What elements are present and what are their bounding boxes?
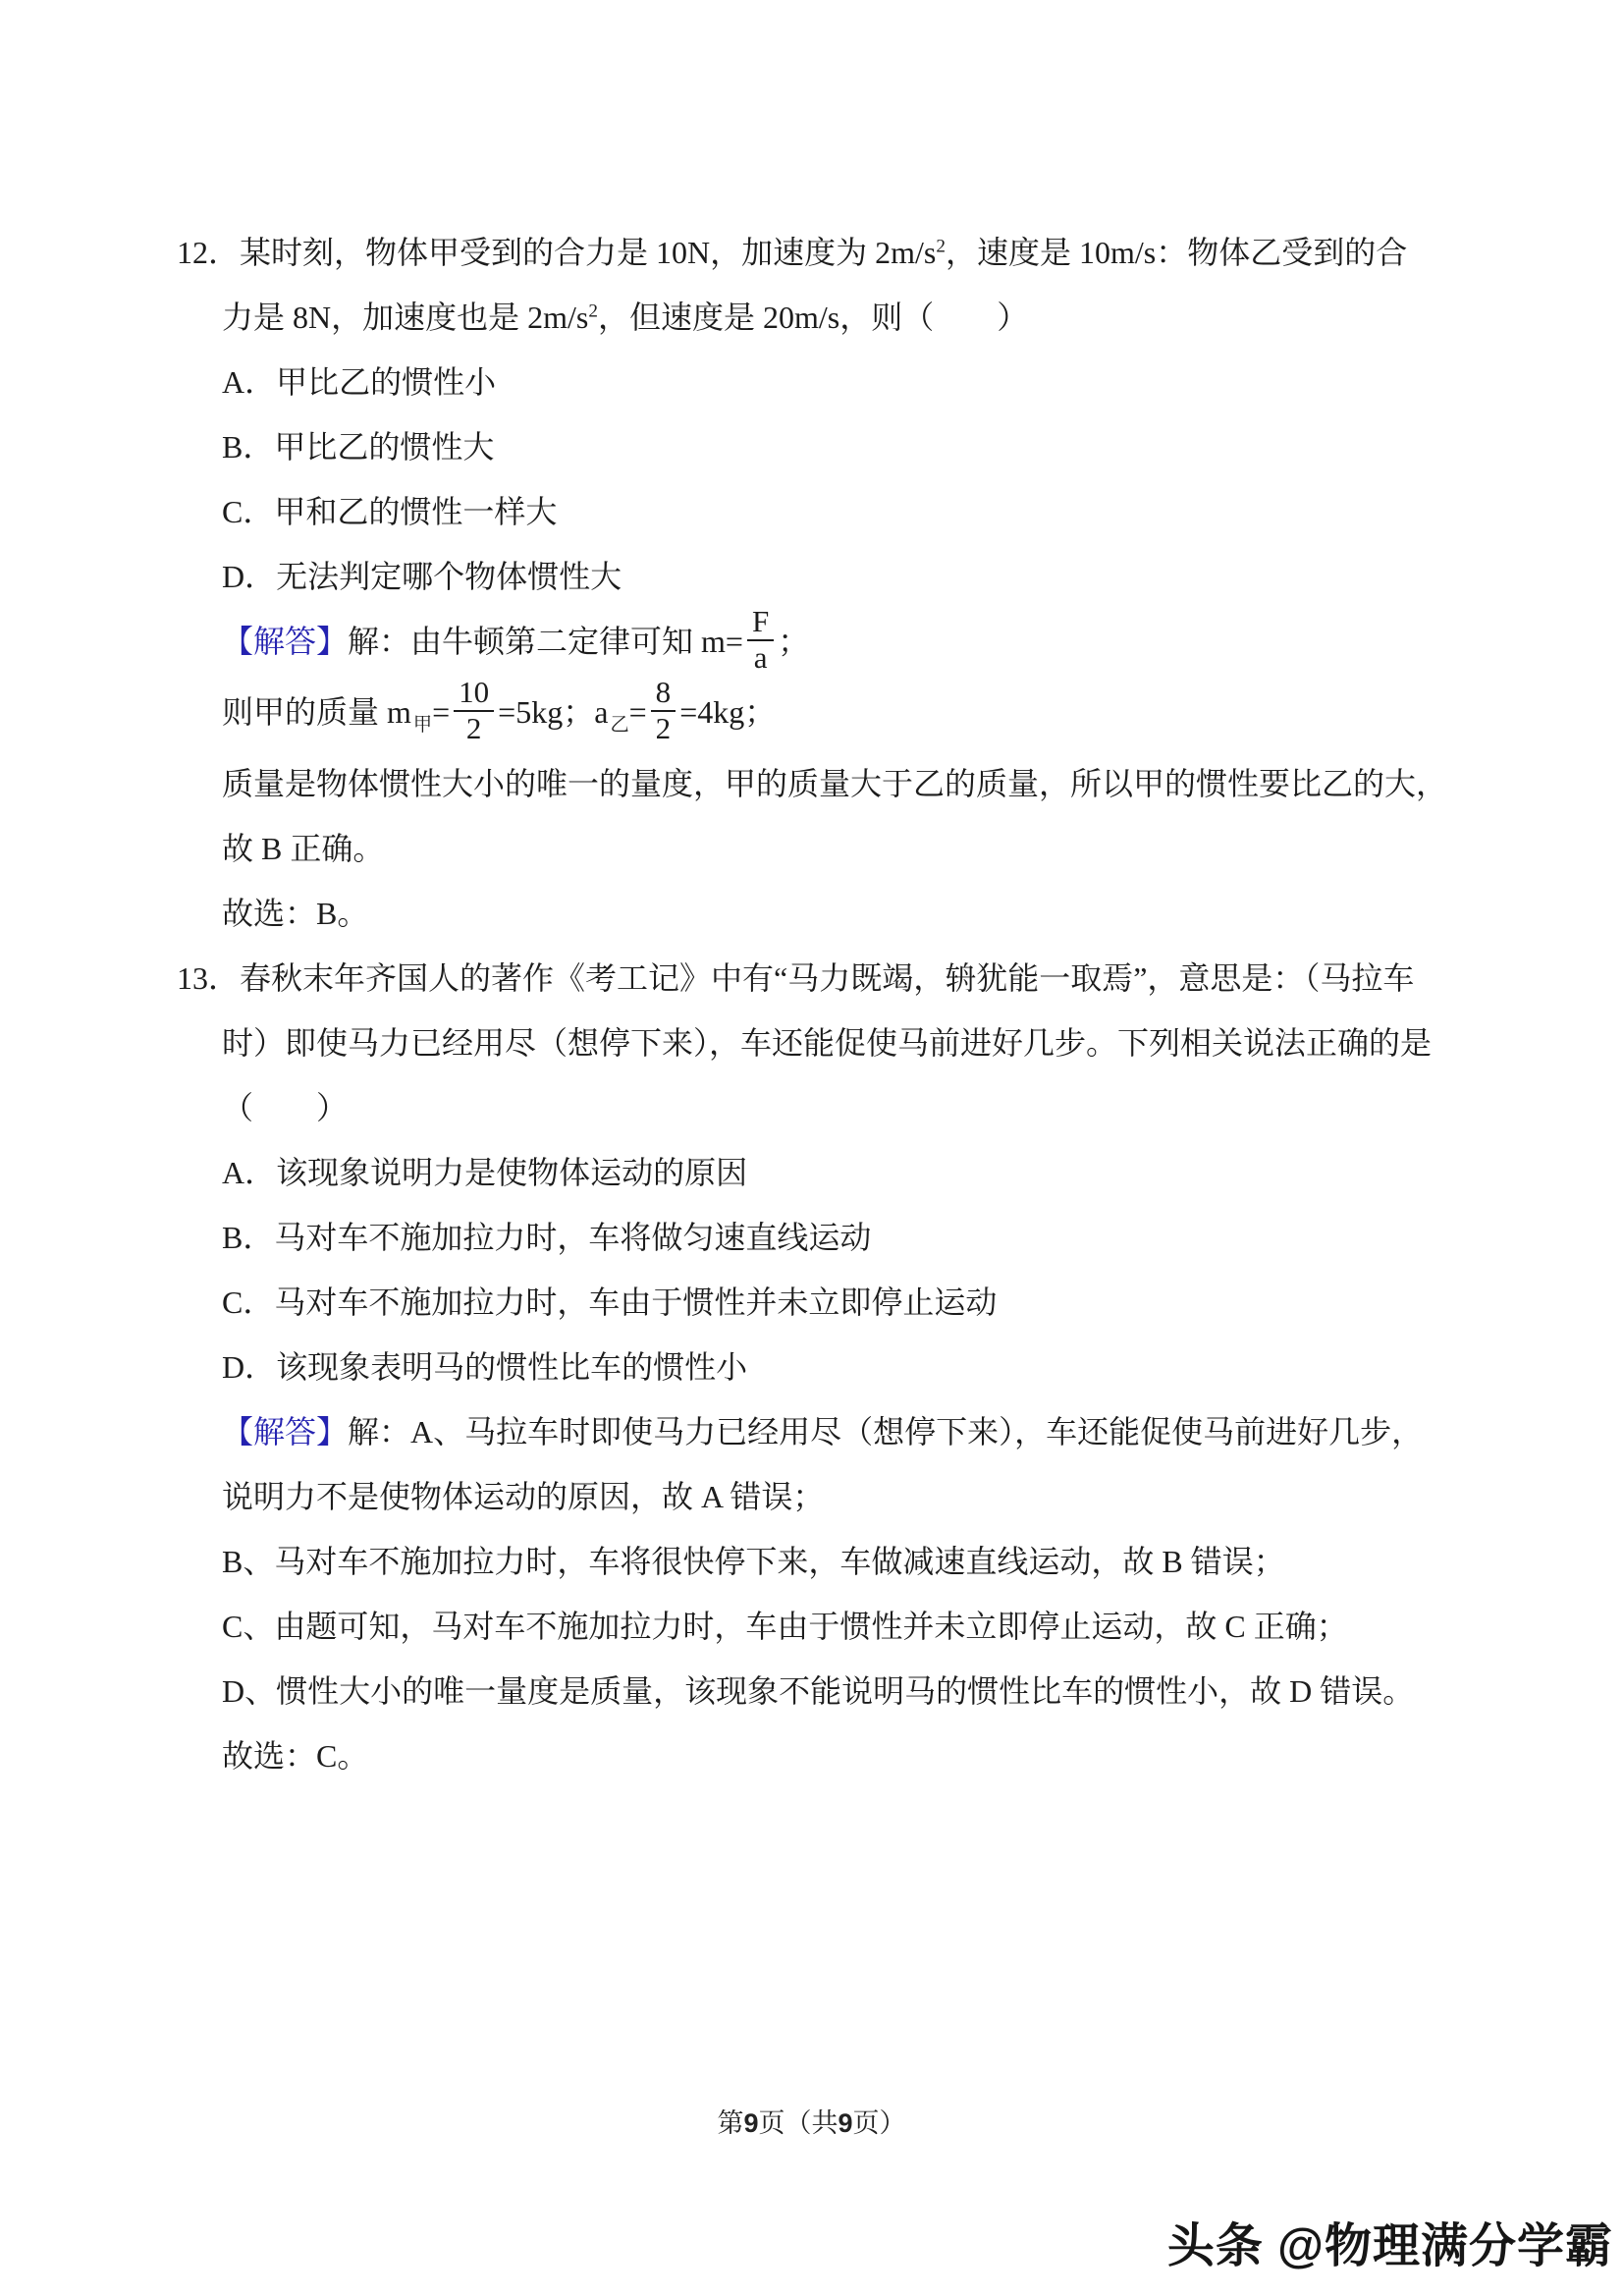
question-13-answer-line-5: D、惯性大小的唯一量度是质量，该现象不能说明马的惯性比车的惯性小，故 D 错误。: [222, 1659, 1471, 1723]
question-13-answer-conclusion: 故选：C。: [222, 1723, 1471, 1788]
footer-text: 页）: [853, 2108, 906, 2138]
fraction-numerator: 8: [651, 676, 676, 712]
fraction-10-over-2: 102: [454, 676, 494, 746]
superscript-2: 2: [588, 301, 598, 321]
document-content: 12．某时刻，物体甲受到的合力是 10N，加速度为 2m/s2，速度是 10m/…: [222, 220, 1471, 1788]
stem-text: ，速度是 10m/s：物体乙受到的合: [946, 235, 1407, 270]
question-13-option-c: C．马对车不施加拉力时，车由于惯性并未立即停止运动: [222, 1270, 1471, 1335]
footer-text: 第: [717, 2108, 743, 2138]
fraction-denominator: a: [747, 641, 774, 676]
subscript-yi: 乙: [610, 715, 628, 736]
fraction-8-over-2: 82: [651, 676, 676, 746]
question-12-stem-line-1: 12．某时刻，物体甲受到的合力是 10N，加速度为 2m/s2，速度是 10m/…: [222, 220, 1471, 285]
fraction-denominator: 2: [651, 712, 676, 746]
answer-tag: 【解答】: [222, 624, 348, 659]
watermark: 头条 @物理满分学霸: [1167, 2208, 1613, 2275]
answer-text: 解：由牛顿第二定律可知 m=: [348, 624, 743, 659]
fraction-numerator: 10: [454, 676, 494, 712]
fraction-numerator: F: [747, 605, 774, 641]
question-13-answer-line-3: B、马对车不施加拉力时，车将很快停下来，车做减速直线运动，故 B 错误；: [222, 1529, 1471, 1594]
question-13-stem-blank: （ ）: [222, 1075, 1471, 1140]
question-13-answer-line-2: 说明力不是使物体运动的原因，故 A 错误；: [222, 1464, 1471, 1529]
question-12-answer-conclusion: 故选：B。: [222, 881, 1471, 946]
question-12-answer-line-4: 故 B 正确。: [222, 816, 1471, 881]
question-12-answer-line-1: 【解答】解：由牛顿第二定律可知 m=Fa；: [222, 609, 1471, 680]
fraction-F-over-a: Fa: [747, 605, 774, 676]
document-page: 12．某时刻，物体甲受到的合力是 10N，加速度为 2m/s2，速度是 10m/…: [0, 0, 1623, 2296]
stem-text: 某时刻，物体甲受到的合力是 10N，加速度为 2m/s: [240, 235, 936, 270]
answer-tag: 【解答】: [222, 1414, 348, 1449]
question-13-option-a: A．该现象说明力是使物体运动的原因: [222, 1140, 1471, 1205]
stem-text: 春秋末年齐国人的著作《考工记》中有“马力既竭，辀犹能一取焉”，意思是：（马拉车: [240, 960, 1414, 996]
question-12-option-b: B．甲比乙的惯性大: [222, 414, 1471, 479]
footer-page-number: 9: [743, 2108, 758, 2138]
equals-sign: =: [432, 694, 450, 730]
question-13: 13．春秋末年齐国人的著作《考工记》中有“马力既竭，辀犹能一取焉”，意思是：（马…: [222, 946, 1471, 1788]
question-13-option-b: B．马对车不施加拉力时，车将做匀速直线运动: [222, 1205, 1471, 1270]
question-12-answer-line-3: 质量是物体惯性大小的唯一的量度，甲的质量大于乙的质量，所以甲的惯性要比乙的大，: [222, 751, 1471, 816]
question-12-stem-line-2: 力是 8N，加速度也是 2m/s2，但速度是 20m/s，则（ ）: [222, 285, 1471, 350]
question-13-stem-line-2: 时）即使马力已经用尽（想停下来），车还能促使马前进好几步。下列相关说法正确的是: [222, 1011, 1471, 1075]
answer-text: 解：A、马拉车时即使马力已经用尽（想停下来），车还能促使马前进好几步，: [348, 1414, 1423, 1449]
question-13-stem-line-1: 13．春秋末年齐国人的著作《考工记》中有“马力既竭，辀犹能一取焉”，意思是：（马…: [222, 946, 1471, 1011]
question-12-option-c: C．甲和乙的惯性一样大: [222, 479, 1471, 544]
question-12-option-a: A．甲比乙的惯性小: [222, 350, 1471, 414]
question-12-option-d: D．无法判定哪个物体惯性大: [222, 544, 1471, 609]
question-13-answer-line-1: 【解答】解：A、马拉车时即使马力已经用尽（想停下来），车还能促使马前进好几步，: [222, 1399, 1471, 1464]
answer-text: =4kg；: [679, 694, 776, 730]
question-13-number: 13．: [177, 960, 240, 996]
footer-text: 页（共: [759, 2108, 839, 2138]
footer-total-pages: 9: [839, 2108, 853, 2138]
subscript-jia: 甲: [413, 715, 432, 736]
question-12: 12．某时刻，物体甲受到的合力是 10N，加速度为 2m/s2，速度是 10m/…: [222, 220, 1471, 946]
question-12-number: 12．: [177, 235, 240, 270]
equals-sign: =: [629, 694, 647, 730]
stem-text: ，但速度是 20m/s，则（ ）: [598, 300, 1028, 335]
question-13-answer-line-4: C、由题可知，马对车不施加拉力时，车由于惯性并未立即停止运动，故 C 正确；: [222, 1594, 1471, 1659]
page-footer: 第9页（共9页）: [0, 2102, 1623, 2140]
stem-text: 力是 8N，加速度也是 2m/s: [222, 300, 588, 335]
answer-text: 则甲的质量 m: [222, 694, 411, 730]
superscript-2: 2: [936, 236, 946, 256]
question-12-answer-line-2: 则甲的质量 m甲=102=5kg；a乙=82=4kg；: [222, 680, 1471, 750]
question-13-option-d: D．该现象表明马的惯性比车的惯性小: [222, 1335, 1471, 1399]
answer-text: =5kg；a: [498, 694, 608, 730]
fraction-denominator: 2: [454, 712, 494, 746]
answer-text: ；: [778, 624, 809, 659]
